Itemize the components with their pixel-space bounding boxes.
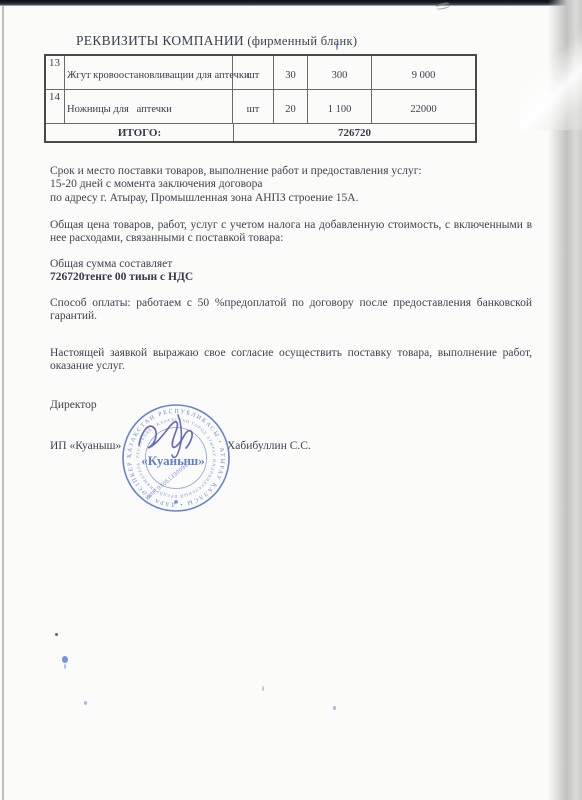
- amount-cell: 9 000: [372, 56, 475, 89]
- director-label: Директор: [50, 399, 97, 411]
- item-name-cell: Жгут кровоостановливащии для аптечки: [65, 56, 233, 89]
- company-stamp: ҚАЗАҚСТАН РЕСПУБЛИКАСЫ • АТЫРАУ ҚАЛАСЫ •…: [121, 403, 231, 513]
- total-price-paragraph: Общая цена товаров, работ, услуг с учето…: [50, 219, 532, 246]
- total-sum-label: Общая сумма составляет: [50, 258, 532, 271]
- delivery-terms-line: 15-20 дней с момента заключения договора: [50, 178, 532, 191]
- amount-cell: 22000: [372, 90, 475, 123]
- stamp-center-text: «Куаныш»: [141, 453, 205, 468]
- delivery-terms-line: по адресу г. Атырау, Промышленная зона А…: [50, 192, 532, 205]
- ink-speck: [262, 686, 264, 691]
- table-row: 13 Жгут кровоостановливащии для аптечки …: [46, 56, 475, 90]
- row-number-cell: 13: [46, 56, 65, 89]
- ink-speck: [84, 701, 87, 705]
- total-sum-value: 726720тенге 00 тиын с НДС: [50, 271, 532, 284]
- ink-speck: [62, 656, 68, 663]
- items-table: 13 Жгут кровоостановливащии для аптечки …: [44, 54, 477, 143]
- price-cell: 1 100: [308, 90, 372, 123]
- scan-edge-top: [0, 0, 582, 6]
- price-cell: 300: [308, 56, 372, 89]
- document-title-paren: (фирменный бланк): [244, 34, 357, 48]
- quantity-cell: 30: [274, 56, 308, 89]
- total-sum-paragraph: Общая сумма составляет 726720тенге 00 ти…: [50, 258, 532, 285]
- scanned-document-page: РЕКВИЗИТЫ КОМПАНИИ (фирменный бланк) 13 …: [0, 0, 582, 800]
- scan-edge-left: [2, 6, 4, 800]
- consent-paragraph: Настоящей заявкой выражаю свое согласие …: [50, 347, 532, 374]
- ink-speck: [64, 664, 66, 669]
- delivery-terms-paragraph: Срок и место поставки товаров, выполнени…: [50, 165, 532, 205]
- ink-speck: [333, 706, 336, 710]
- row-number-cell: 14: [46, 90, 65, 123]
- document-title: РЕКВИЗИТЫ КОМПАНИИ (фирменный бланк): [76, 33, 357, 49]
- delivery-terms-line: Срок и место поставки товаров, выполнени…: [50, 165, 532, 178]
- company-name: ИП «Куаныш»: [50, 440, 121, 452]
- payment-method-paragraph: Способ оплаты: работаем с 50 %предоплато…: [50, 297, 532, 324]
- total-value: 726720: [234, 124, 475, 141]
- table-row: 14 Ножницы для аптечки шт 20 1 100 22000: [46, 90, 475, 124]
- item-name-cell: Ножницы для аптечки: [65, 90, 233, 123]
- unit-cell: шт: [233, 56, 274, 89]
- table-total-row: ИТОГО: 726720: [46, 124, 475, 141]
- unit-cell: шт: [233, 90, 274, 123]
- ink-speck: [55, 633, 58, 636]
- scan-page-curl: [520, 20, 582, 130]
- document-title-caps: РЕКВИЗИТЫ КОМПАНИИ: [76, 33, 244, 48]
- stamp-star: ✱: [173, 499, 178, 506]
- signatory-name: Хабибуллин С.С.: [227, 440, 311, 452]
- quantity-cell: 20: [274, 90, 308, 123]
- total-label: ИТОГО:: [46, 124, 234, 141]
